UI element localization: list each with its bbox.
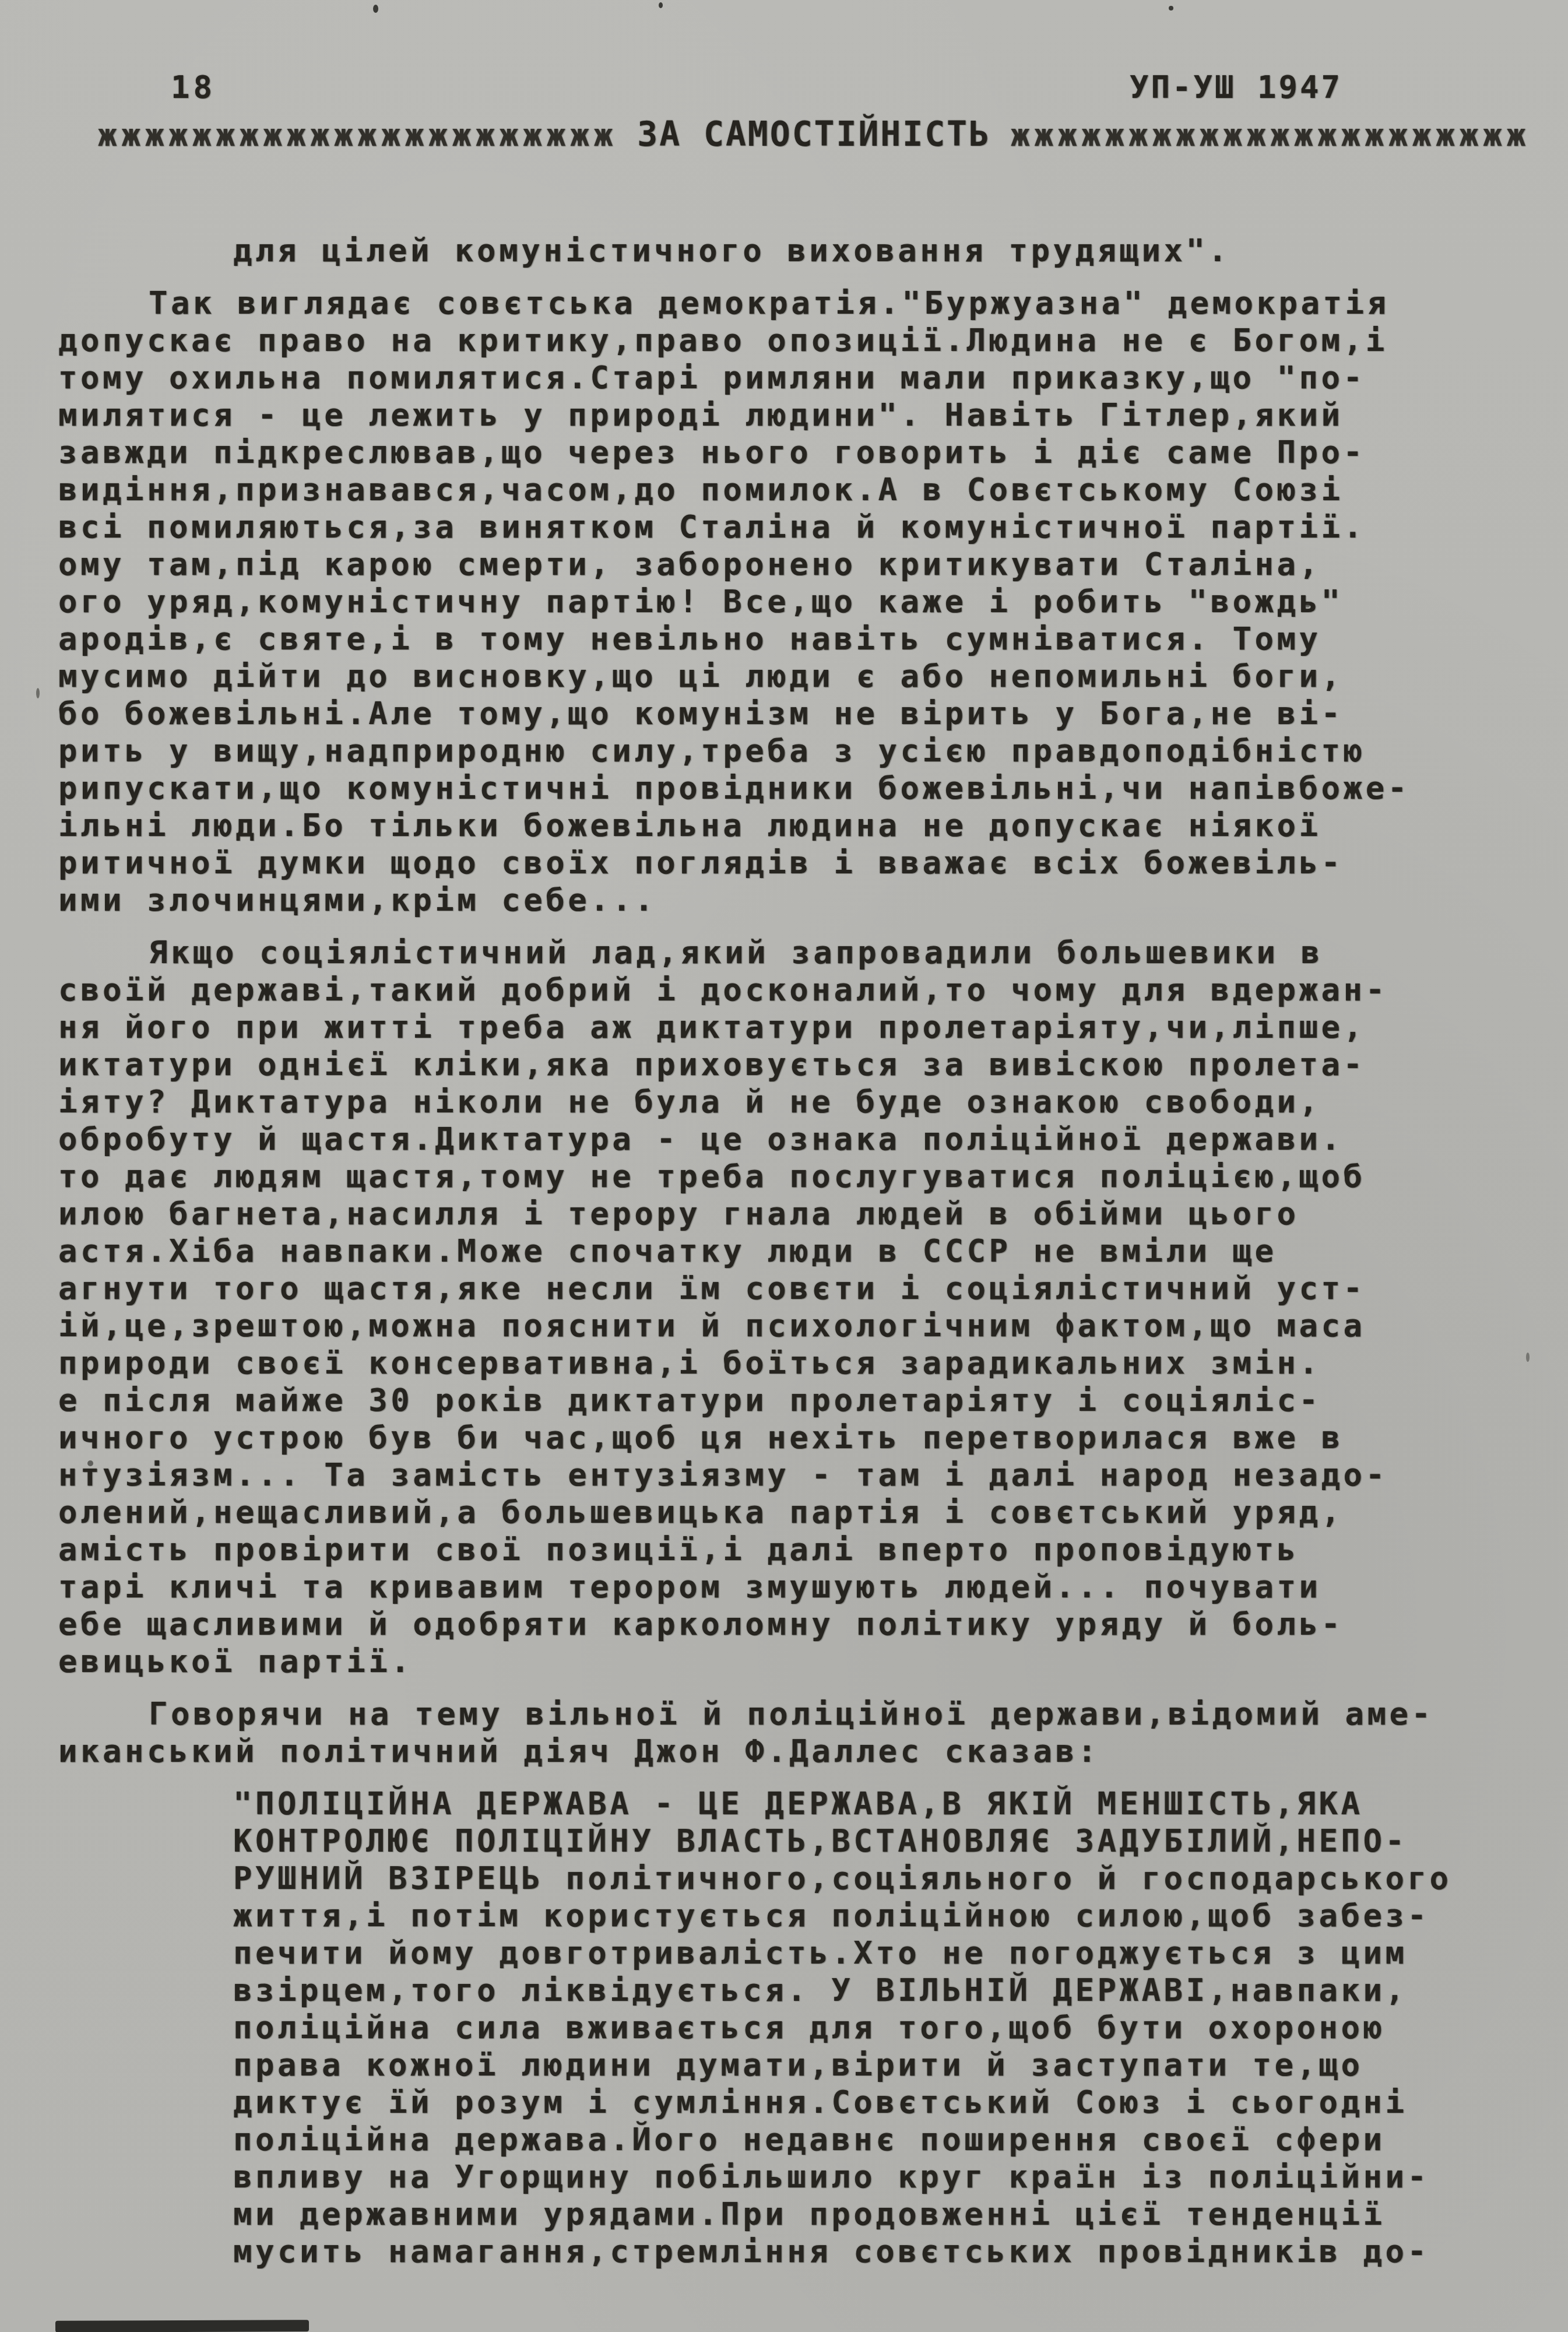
masthead-left-rule: жжжжжжжжжжжжжжжжжжжжжж	[98, 117, 617, 153]
text-line: РУШНИЙ ВЗІРЕЦЬ політичного,соціяльного й…	[233, 1860, 1469, 1897]
paper-speck	[87, 1460, 93, 1466]
text-line: права кожної людини думати,вірити й заст…	[233, 2046, 1469, 2084]
text-line: допускає право на критику,право опозиції…	[58, 322, 1469, 359]
text-line: милятися - це лежить у природі людини". …	[58, 396, 1469, 434]
text-line: обробуту й щастя.Диктатура - це ознака п…	[58, 1121, 1469, 1158]
text-line: ичного устрою був би час,щоб ця нехіть п…	[58, 1419, 1469, 1456]
text-line: видіння,признавався,часом,до помилок.А в…	[58, 471, 1469, 508]
text-line: поліційна держава.Його недавнє поширення…	[233, 2121, 1469, 2158]
text-line: ня його при житті треба аж диктатури про…	[58, 1009, 1469, 1046]
text-line: нтузіязм... Та замість ентузіязму - там …	[58, 1456, 1469, 1494]
text-line: іяту? Диктатура ніколи не була й не буде…	[58, 1083, 1469, 1121]
text-line: амість провірити свої позиції,і далі впе…	[58, 1531, 1469, 1568]
text-line: е після майже 30 років диктатури пролета…	[58, 1382, 1469, 1419]
paper-speck	[1169, 6, 1173, 10]
text-line: бо божевільні.Але тому,що комунізм не ві…	[58, 695, 1469, 732]
issue-label: УП-УШ 1947	[1130, 69, 1342, 106]
text-line: Якщо соціялістичний лад,який запровадили…	[58, 934, 1469, 971]
paper-speck	[1306, 603, 1310, 607]
text-line: природи своєї консервативна,і боїться за…	[58, 1344, 1469, 1382]
paper-speck	[1526, 1353, 1530, 1362]
text-line: ій,це,зрештою,можна пояснити й психологі…	[58, 1307, 1469, 1344]
text-line: "ПОЛІЦІЙНА ДЕРЖАВА - ЦЕ ДЕРЖАВА,В ЯКІЙ М…	[233, 1785, 1469, 1822]
text-line: поліційна сила вживається для того,щоб б…	[233, 2009, 1469, 2046]
text-line: ебе щасливими й одобряти карколомну полі…	[58, 1606, 1469, 1643]
text-line: взірцем,того ліквідується. У ВІЛЬНІЙ ДЕР…	[233, 1972, 1469, 2009]
text-line: ми державними урядами.При продовженні ці…	[233, 2196, 1469, 2233]
text-line: евицької партії.	[58, 1643, 1469, 1680]
text-line: ому там,під карою смерти, заборонено кри…	[58, 546, 1469, 583]
text-line: мусимо дійти до висновку,що ці люди є аб…	[58, 658, 1469, 695]
paragraph-3: Говорячи на тему вільної й поліційної де…	[58, 1695, 1469, 1770]
text-line: астя.Хіба навпаки.Може спочатку люди в С…	[58, 1232, 1469, 1270]
text-line: ритичної думки щодо своїх поглядів і вва…	[58, 844, 1469, 881]
paragraph-2: Якщо соціялістичний лад,який запровадили…	[58, 934, 1469, 1680]
text-line: агнути того щастя,яке несли їм совєти і …	[58, 1270, 1469, 1307]
text-line: впливу на Угорщину побільшило круг країн…	[233, 2158, 1469, 2196]
text-line: олений,нещасливий,а большевицька партія …	[58, 1494, 1469, 1531]
text-line: мусить намагання,стремління совєтських п…	[233, 2233, 1469, 2270]
text-line: иктатури однієї кліки,яка приховується з…	[58, 1046, 1469, 1083]
text-line: печити йому довготривалість.Хто не погод…	[233, 1934, 1469, 1972]
text-line: ими злочинцями,крім себе...	[58, 881, 1469, 919]
text-line: КОНТРОЛЮЄ ПОЛІЦІЙНУ ВЛАСТЬ,ВСТАНОВЛЯЄ ЗА…	[233, 1822, 1469, 1860]
text-line: ільні люди.Бо тільки божевільна людина н…	[58, 807, 1469, 844]
text-line: тарі кличі та кривавим терором змушують …	[58, 1568, 1469, 1606]
text-line: диктує їй розум і сумління.Совєтський Со…	[233, 2084, 1469, 2121]
scan-edge-artifact	[55, 2320, 309, 2332]
paper-speck	[659, 2, 663, 8]
text-line: життя,і потім користується поліційною си…	[233, 1897, 1469, 1934]
paragraph-1: Так виглядає совєтська демократія."Буржу…	[58, 285, 1469, 919]
text-line: тому охильна помилятися.Старі римляни ма…	[58, 359, 1469, 396]
text-line: рить у вищу,надприродню силу,треба з усі…	[58, 732, 1469, 770]
text-line: своїй державі,такий добрий і досконалий,…	[58, 971, 1469, 1009]
text-line: ародів,є святе,і в тому невільно навіть …	[58, 620, 1469, 658]
document-body: для цілей комуністичного виховання трудя…	[58, 232, 1469, 2270]
masthead-title: ЗА САМОСТІЙНІСТЬ	[637, 114, 991, 154]
text-line: ого уряд,комуністичну партію! Все,що каж…	[58, 583, 1469, 620]
paper-speck	[373, 5, 378, 13]
text-line: всі помиляються,за винятком Сталіна й ко…	[58, 508, 1469, 546]
page-header: 18 УП-УШ 1947	[0, 69, 1568, 110]
text-line: иканський політичний діяч Джон Ф.Даллес …	[58, 1733, 1469, 1770]
paper-speck	[36, 688, 40, 698]
text-line: илою багнета,насилля і терору гнала люде…	[58, 1195, 1469, 1232]
text-line: завжди підкреслював,що через нього говор…	[58, 434, 1469, 471]
continuation-line: для цілей комуністичного виховання трудя…	[233, 232, 1469, 269]
masthead-right-rule: жжжжжжжжжжжжжжжжжжжжжж	[1011, 117, 1530, 153]
text-line: то дає людям щастя,тому не треба послугу…	[58, 1158, 1469, 1195]
text-line: рипускати,що комуністичні провідники бож…	[58, 770, 1469, 807]
scanned-document-page: 18 УП-УШ 1947 жжжжжжжжжжжжжжжжжжжжжж ЗА …	[0, 0, 1568, 2332]
page-number: 18	[171, 69, 216, 106]
text-line: Говорячи на тему вільної й поліційної де…	[58, 1695, 1469, 1733]
text-line: Так виглядає совєтська демократія."Буржу…	[58, 285, 1469, 322]
masthead: жжжжжжжжжжжжжжжжжжжжжж ЗА САМОСТІЙНІСТЬ …	[98, 114, 1456, 154]
block-quote: "ПОЛІЦІЙНА ДЕРЖАВА - ЦЕ ДЕРЖАВА,В ЯКІЙ М…	[233, 1785, 1469, 2270]
